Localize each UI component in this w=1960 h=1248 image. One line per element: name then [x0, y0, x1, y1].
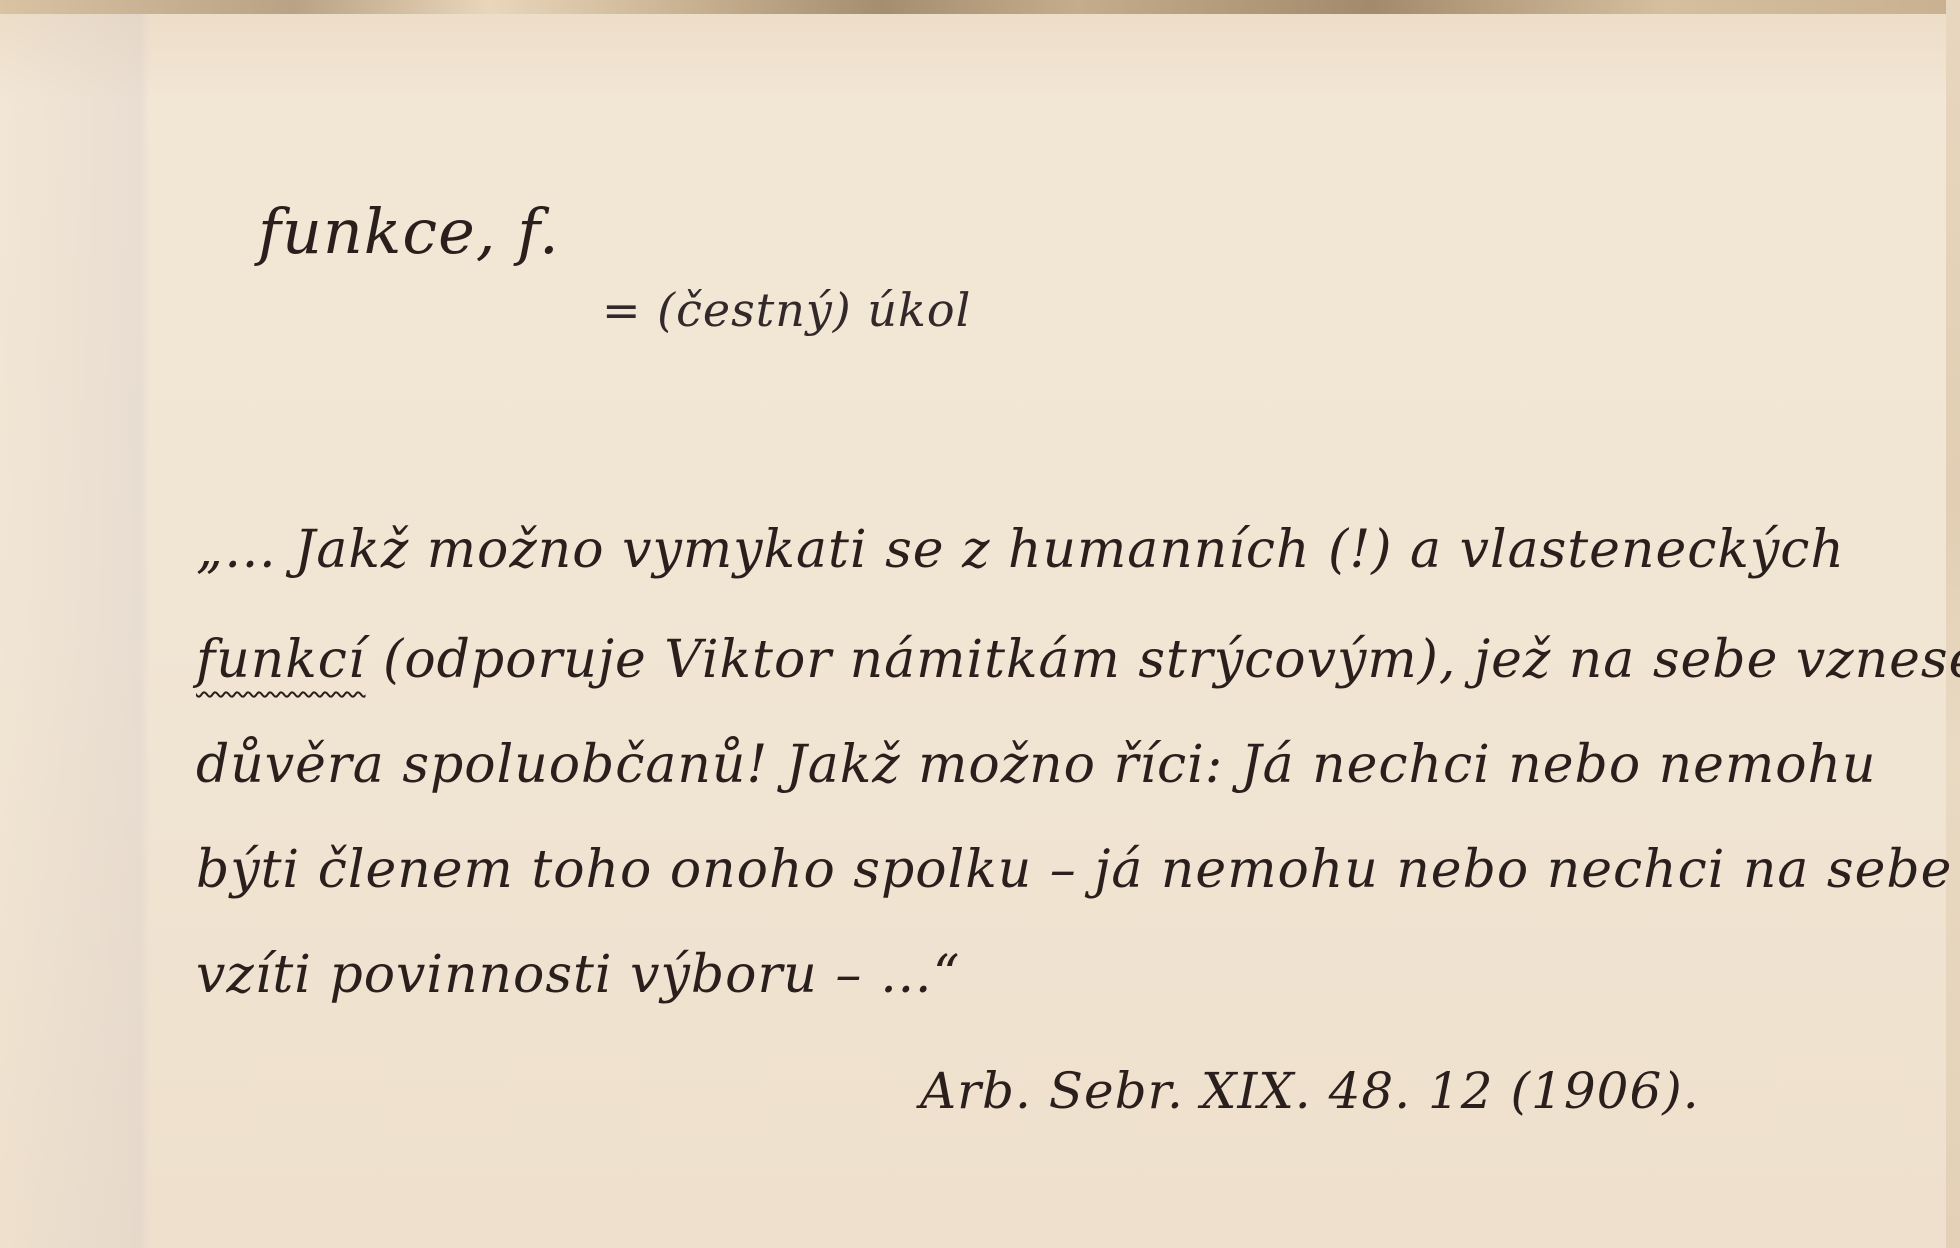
- quote-line-4: býti členem toho onoho spolku – já nemoh…: [196, 840, 1952, 900]
- quote-line-2-rest: (odporuje Viktor námitkám strýcovým), je…: [366, 630, 1960, 690]
- definition: = (čestný) úkol: [602, 283, 971, 337]
- quote-line-5: vzíti povinnosti výboru – …“: [196, 945, 960, 1005]
- index-card: [0, 0, 1960, 1248]
- card-top-edge: [0, 0, 1960, 14]
- quote-line-3: důvěra spoluobčanů! Jakž možno říci: Já …: [196, 735, 1877, 795]
- quote-line-1: „… Jakž možno vymykati se z humanních (!…: [196, 520, 1845, 580]
- quote-line-2: funkcí (odporuje Viktor námitkám strýcov…: [196, 630, 1960, 690]
- source-citation: Arb. Sebr. XIX. 48. 12 (1906).: [920, 1062, 1700, 1120]
- headword: funkce, f.: [258, 195, 560, 268]
- card-right-edge: [1946, 0, 1960, 1248]
- highlighted-headword-occurrence: funkcí: [196, 630, 366, 690]
